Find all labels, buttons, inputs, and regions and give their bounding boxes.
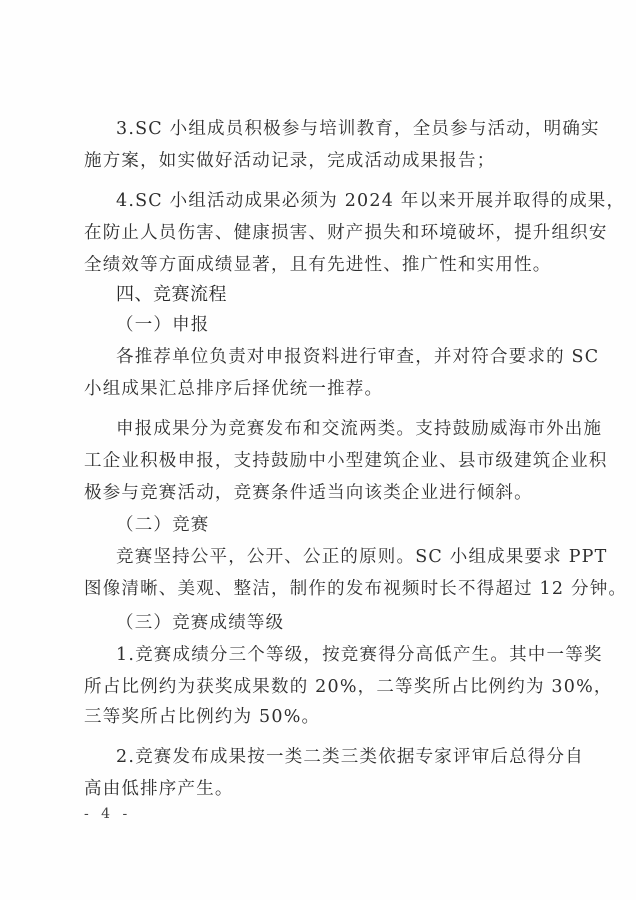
text-line: 图像清晰、美观、整洁，制作的发布视频时长不得超过 12 分钟。 xyxy=(84,578,554,600)
text-line: 所占比例约为获奖成果数的 20%，二等奖所占比例约为 30%， xyxy=(84,676,554,698)
text-line: 施方案，如实做好活动记录，完成活动成果报告； xyxy=(84,150,554,172)
text-line: 申报成果分为竞赛发布和交流两类。支持鼓励威海市外出施 xyxy=(116,418,554,440)
text-line: 2.竞赛发布成果按一类二类三类依据专家评审后总得分自 xyxy=(116,746,554,768)
text-line: 高由低排序产生。 xyxy=(84,778,554,800)
text-line: 在防止人员伤害、健康损害、财产损失和环境破坏，提升组织安 xyxy=(84,222,554,244)
text-line: 小组成果汇总排序后择优统一推荐。 xyxy=(84,378,554,400)
text-line: 竞赛坚持公平，公开、公正的原则。SC 小组成果要求 PPT xyxy=(116,546,554,568)
text-line: 1.竞赛成绩分三个等级，按竞赛得分高低产生。其中一等奖 xyxy=(116,644,554,666)
section-heading: 四、竞赛流程 xyxy=(116,284,554,306)
text-line: 三等奖所占比例约为 50%。 xyxy=(84,706,554,728)
text-line: 4.SC 小组活动成果必须为 2024 年以来开展并取得的成果， xyxy=(116,190,554,212)
text-line: （二）竞赛 xyxy=(116,514,554,536)
text-line: 全绩效等方面成绩显著，且有先进性、推广性和实用性。 xyxy=(84,254,554,276)
text-line: 各推荐单位负责对申报资料进行审查，并对符合要求的 SC xyxy=(116,346,554,368)
text-line: （三）竞赛成绩等级 xyxy=(116,612,554,634)
text-line: 极参与竞赛活动，竞赛条件适当向该类企业进行倾斜。 xyxy=(84,482,554,504)
text-line: （一）申报 xyxy=(116,314,554,336)
text-line: 3.SC 小组成员积极参与培训教育，全员参与活动，明确实 xyxy=(116,118,554,140)
page-number: - 4 - xyxy=(84,806,131,822)
text-line: 工企业积极申报，支持鼓励中小型建筑企业、县市级建筑企业积 xyxy=(84,450,554,472)
